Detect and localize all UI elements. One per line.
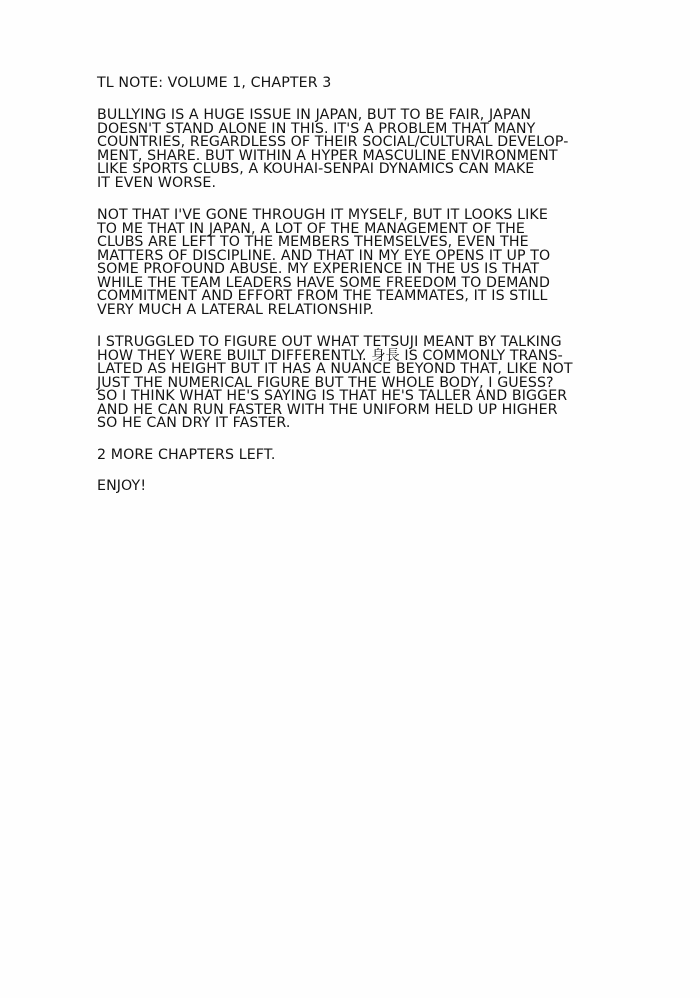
paragraph-chapters-left: 2 MORE CHAPTERS LEFT. <box>97 448 617 462</box>
text-line: VERY MUCH A LATERAL RELATIONSHIP. <box>97 304 617 318</box>
paragraph-height-nuance: I STRUGGLED TO FIGURE OUT WHAT TETSUJI M… <box>97 336 617 431</box>
paragraph-enjoy: ENJOY! <box>97 479 617 493</box>
text-line: IT EVEN WORSE. <box>97 177 617 191</box>
note-title: TL NOTE: VOLUME 1, CHAPTER 3 <box>97 76 617 90</box>
paragraph-bullying: BULLYING IS A HUGE ISSUE IN JAPAN, BUT T… <box>97 109 617 190</box>
paragraph-club-management: NOT THAT I'VE GONE THROUGH IT MYSELF, BU… <box>97 209 617 317</box>
translation-note-page: TL NOTE: VOLUME 1, CHAPTER 3 BULLYING IS… <box>0 0 700 998</box>
text-line: ENJOY! <box>97 479 617 493</box>
translator-note: TL NOTE: VOLUME 1, CHAPTER 3 BULLYING IS… <box>97 76 617 493</box>
text-line: 2 MORE CHAPTERS LEFT. <box>97 448 617 462</box>
text-line: SO HE CAN DRY IT FASTER. <box>97 417 617 431</box>
